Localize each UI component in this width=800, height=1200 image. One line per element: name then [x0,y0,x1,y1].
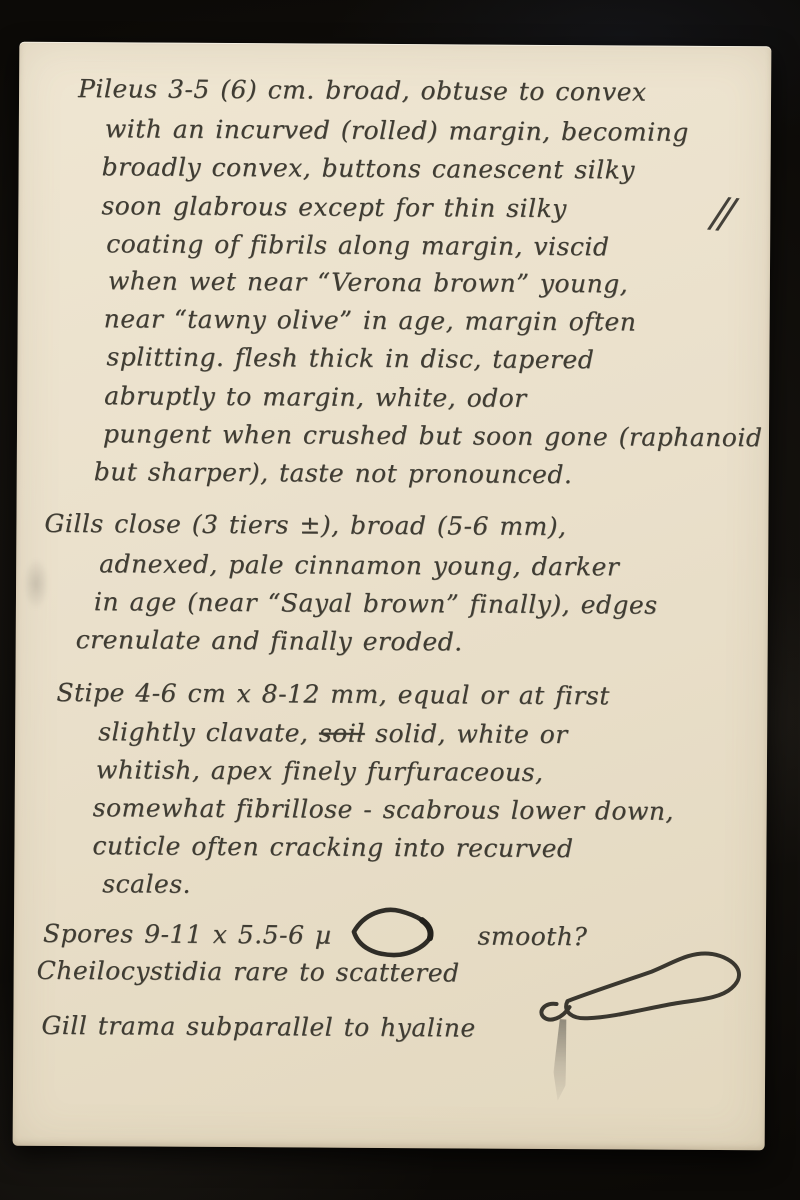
struck-word: soil [319,719,365,748]
handwritten-line: coating of fibrils along margin, viscid [106,227,609,264]
handwritten-line: abruptly to margin, white, odor [104,379,527,416]
handwritten-line: Stipe 4-6 cm x 8-12 mm, equal or at firs… [56,676,610,713]
line-segment: slightly clavate, [98,717,319,747]
handwritten-line: adnexed, pale cinnamon young, darker [99,547,619,584]
handwritten-line: when wet near “Verona brown” young, [108,264,628,301]
handwritten-line: splitting. flesh thick in disc, tapered [106,340,594,377]
handwritten-line: somewhat fibrillose - scabrous lower dow… [93,791,674,829]
cystidium-outline-sketch [525,929,754,1028]
handwritten-line: crenulate and finally eroded. [76,623,463,659]
line-segment: solid, white or [365,719,568,749]
handwritten-line: Gills close (3 tiers ±), broad (5-6 mm), [44,507,566,544]
photo-background: Pileus 3-5 (6) cm. broad, obtuse to conv… [0,0,800,1200]
handwritten-line: Cheilocystidia rare to scattered [37,954,460,991]
spore-outline-sketch [347,904,435,961]
handwritten-line: Gill trama subparallel to hyaline [41,1009,476,1046]
handwritten-line: broadly convex, buttons canescent silky [102,150,635,187]
line-segment: Spores 9-11 x 5.5-6 µ [43,919,332,950]
pencil-smudge [552,1019,570,1102]
handwritten-line: slightly clavate, soil solid, white or [98,715,568,752]
margin-double-slash-mark: ∕∕ [710,187,732,238]
handwritten-line: near “tawny olive” in age, margin often [104,302,637,339]
handwritten-line: pungent when crushed but soon gone (raph… [103,417,763,455]
handwritten-line: scales. [102,867,191,902]
graphite-smudge [18,548,54,620]
handwritten-line: in age (near “Sayal brown” finally), edg… [94,585,658,622]
handwritten-line: but sharper), taste not pronounced. [94,455,573,492]
handwritten-line: soon glabrous except for thin silky [101,189,567,226]
handwritten-line: whitish, apex finely furfuraceous, [96,753,544,790]
handwritten-line: with an incurved (rolled) margin, becomi… [105,112,689,150]
note-card: Pileus 3-5 (6) cm. broad, obtuse to conv… [13,42,772,1151]
handwritten-line: Spores 9-11 x 5.5-6 µ smooth? [43,902,588,961]
handwritten-line: cuticle often cracking into recurved [92,829,573,866]
handwritten-line: Pileus 3-5 (6) cm. broad, obtuse to conv… [78,72,647,109]
